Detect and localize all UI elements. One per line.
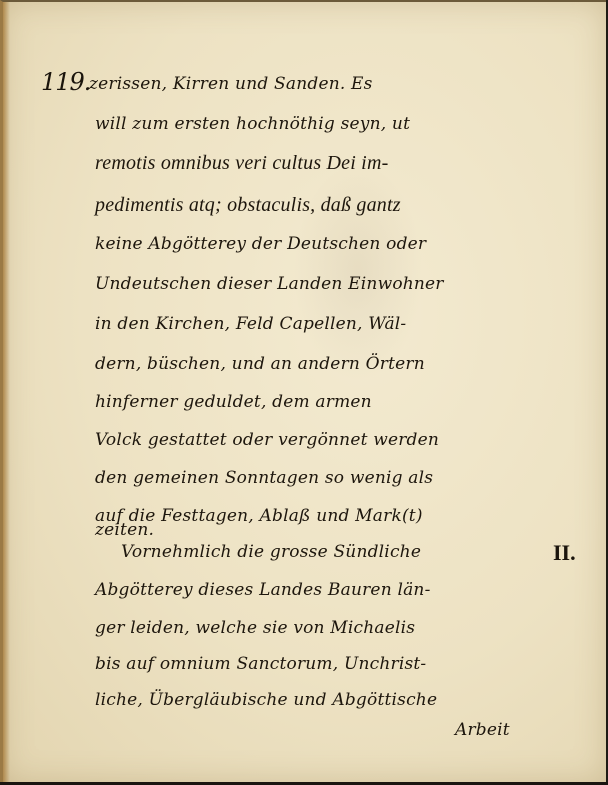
- text-line-3: remotis omnibus veri cultus Dei im-: [95, 152, 388, 175]
- text-line-14: Vornehmlich die grosse Sündliche: [121, 542, 421, 562]
- text-line-1: zerissen, Kirren und Sanden. Es: [89, 74, 373, 94]
- text-line-7: in den Kirchen, Feld Capellen, Wäl-: [95, 314, 406, 334]
- text-line-5: keine Abgötterey der Deutschen oder: [95, 234, 426, 254]
- folio-number: 119.: [41, 68, 90, 96]
- page-spine-shadow: [3, 2, 10, 782]
- text-line-16: ger leiden, welche sie von Michaelis: [95, 618, 415, 638]
- text-line-13: zeiten.: [95, 520, 154, 540]
- text-line-15: Abgötterey dieses Landes Bauren län-: [95, 580, 431, 600]
- text-line-6: Undeutschen dieser Landen Einwohner: [95, 274, 444, 294]
- text-line-17: bis auf omnium Sanctorum, Unchrist-: [95, 654, 426, 674]
- text-line-4: pedimentis atq; obstaculis, daß gantz: [95, 194, 401, 217]
- text-line-18: liche, Übergläubische und Abgöttische: [95, 690, 437, 710]
- manuscript-page: 119. zerissen, Kirren und Sanden. Es wil…: [0, 0, 606, 782]
- catchword: Arbeit: [455, 720, 510, 740]
- text-line-9: hinferner geduldet, dem armen: [95, 392, 372, 412]
- text-line-8: dern, büschen, und an andern Örtern: [95, 354, 425, 374]
- text-line-10: Volck gestattet oder vergönnet werden: [95, 430, 439, 450]
- margin-section-marker: II.: [553, 540, 576, 566]
- text-line-2: will zum ersten hochnöthig seyn, ut: [95, 114, 410, 134]
- text-line-11: den gemeinen Sonntagen so wenig als: [95, 468, 433, 488]
